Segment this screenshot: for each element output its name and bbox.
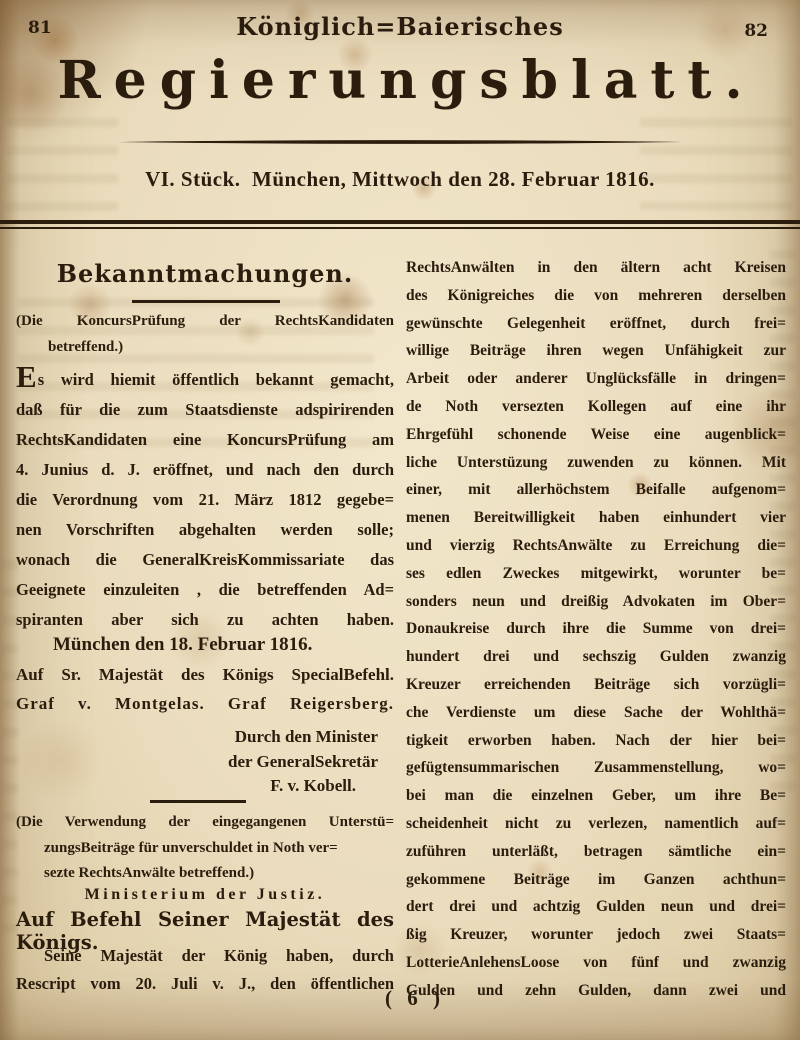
body-line: menen Bereitwilligkeit haben einhundert … bbox=[406, 504, 786, 532]
notice-subject-line: zungsBeiträge für unverschuldet in Noth … bbox=[16, 836, 394, 862]
body-line: gewünschte Gelegenheit eröffnet, durch f… bbox=[406, 310, 786, 338]
body-line: RechtsAnwälten in den ältern acht Kreise… bbox=[406, 254, 786, 282]
notice1-signatories: Graf v. Montgelas. Graf Reigersberg. bbox=[16, 694, 394, 714]
body-line: gekommene Beiträge im Ganzen achthun= bbox=[406, 866, 786, 894]
by-order-line: F. v. Kobell. bbox=[148, 774, 378, 799]
body-line: willige Beiträge ihren wegen Unfähigkeit… bbox=[406, 337, 786, 365]
section-heading: Bekanntmachungen. bbox=[16, 259, 394, 288]
body-line: sonders neun und dreißig Advokaten im Ob… bbox=[406, 588, 786, 616]
body-line: ses edlen Zweckes mitgewirkt, worunter b… bbox=[406, 560, 786, 588]
notice1-authority-line: Auf Sr. Majestät des Königs SpecialBefeh… bbox=[16, 665, 394, 685]
masthead-title: Regierungsblatt. bbox=[0, 50, 800, 111]
issue-date-line: VI. Stück. München, Mittwoch den 28. Feb… bbox=[0, 167, 800, 192]
notice-subject-line: betreffend.) bbox=[16, 334, 394, 360]
bleedthrough-texture bbox=[640, 118, 792, 210]
left-column: Bekanntmachungen. (Die KoncursPrüfung de… bbox=[16, 248, 394, 1014]
notice1-dateline: München den 18. Februar 1816. bbox=[53, 634, 312, 656]
body-line: Kreuzer erreichenden Beiträge sich vorzü… bbox=[406, 671, 786, 699]
opening-text: s wird hiemit öffentlich bekannt gemacht… bbox=[38, 370, 394, 389]
by-order-line: der GeneralSekretär bbox=[148, 750, 378, 775]
by-order-line: Durch den Minister bbox=[148, 725, 378, 750]
body-line: die Verordnung vom 21. März 1812 gegebe= bbox=[16, 485, 394, 515]
header-double-rule bbox=[0, 220, 800, 229]
body-line: Arbeit oder anderer Unglücksfälle in dri… bbox=[406, 365, 786, 393]
body-line: Geeignete einzuleiten , die betreffenden… bbox=[16, 575, 394, 605]
section-divider-rule bbox=[150, 800, 246, 803]
body-line: hundert drei und sechszig Gulden zwanzig bbox=[406, 643, 786, 671]
body-line: bei man die einzelnen Geber, um ihre Be= bbox=[406, 782, 786, 810]
body-line: wonach die GeneralKreisKommissariate das bbox=[16, 545, 394, 575]
body-line: che Verdienste um diese Sache der Wohlth… bbox=[406, 699, 786, 727]
body-line: Seine Majestät der König haben, durch bbox=[16, 942, 394, 970]
body-line: ßig Kreuzer, worunter jedoch zwei Staats… bbox=[406, 921, 786, 949]
masthead-kicker: Königlich=Baierisches bbox=[0, 12, 800, 41]
heading-underline bbox=[132, 300, 280, 303]
body-line: 4. Junius d. J. eröffnet, und nach den d… bbox=[16, 455, 394, 485]
right-column: RechtsAnwälten in den ältern acht Kreise… bbox=[406, 254, 786, 1005]
body-line: Donaukreise durch ihre die Summe von dre… bbox=[406, 615, 786, 643]
notice-subject-line: (Die Verwendung der eingegangenen Unters… bbox=[16, 810, 394, 836]
body-line: des Königreiches die von mehreren dersel… bbox=[406, 282, 786, 310]
body-line: gefügtensummarischen Zusammenstellung, w… bbox=[406, 754, 786, 782]
gazette-page: 81 82 Königlich=Baierisches Regierungsbl… bbox=[0, 0, 800, 1040]
notice-subject-line: sezte RechtsAnwälte betreffend.) bbox=[16, 861, 394, 887]
body-line: tigkeit erworben haben. Nach der hier be… bbox=[406, 727, 786, 755]
body-line: LotterieAnlehensLoose von fünf und zwanz… bbox=[406, 949, 786, 977]
body-line: RechtsKandidaten eine KoncursPrüfung am bbox=[16, 425, 394, 455]
body-line: dert drei und achtzig Gulden neun und dr… bbox=[406, 893, 786, 921]
notice1-subject: (Die KoncursPrüfung der RechtsKandidaten… bbox=[16, 308, 394, 360]
notice2-subject: (Die Verwendung der eingegangenen Unters… bbox=[16, 810, 394, 887]
body-line: de Noth versezten Kollegen auf eine ihr bbox=[406, 393, 786, 421]
page-signature: ( 6 ) bbox=[0, 986, 800, 1011]
ministry-heading: Ministerium der Justiz. bbox=[16, 886, 394, 904]
body-line: scheidenheit nicht zu verlezen, namentli… bbox=[406, 810, 786, 838]
body-opening-line: Es wird hiemit öffentlich bekannt gemach… bbox=[16, 365, 394, 395]
notice1-by-order-block: Durch den Ministerder GeneralSekretärF. … bbox=[148, 725, 378, 799]
body-line: Ehrgefühl schonende Weise eine augenblic… bbox=[406, 421, 786, 449]
body-line: einer, mit allerhöchstem Beifalle aufgen… bbox=[406, 476, 786, 504]
body-line: daß für die zum Staatsdienste adspiriren… bbox=[16, 395, 394, 425]
tapered-rule bbox=[118, 138, 683, 146]
body-line: liche Unterstüzung zuwenden zu können. M… bbox=[406, 449, 786, 477]
body-line: nen Vorschriften abgehalten werden solle… bbox=[16, 515, 394, 545]
notice1-body: Es wird hiemit öffentlich bekannt gemach… bbox=[16, 365, 394, 635]
body-line: und vierzig RechtsAnwälte zu Erreichung … bbox=[406, 532, 786, 560]
notice-subject-line: (Die KoncursPrüfung der RechtsKandidaten bbox=[16, 308, 394, 334]
body-line: spiranten aber sich zu achten haben. bbox=[16, 605, 394, 635]
drop-initial: E bbox=[16, 359, 38, 394]
body-line: zuführen unterläßt, betragen sämtliche e… bbox=[406, 838, 786, 866]
